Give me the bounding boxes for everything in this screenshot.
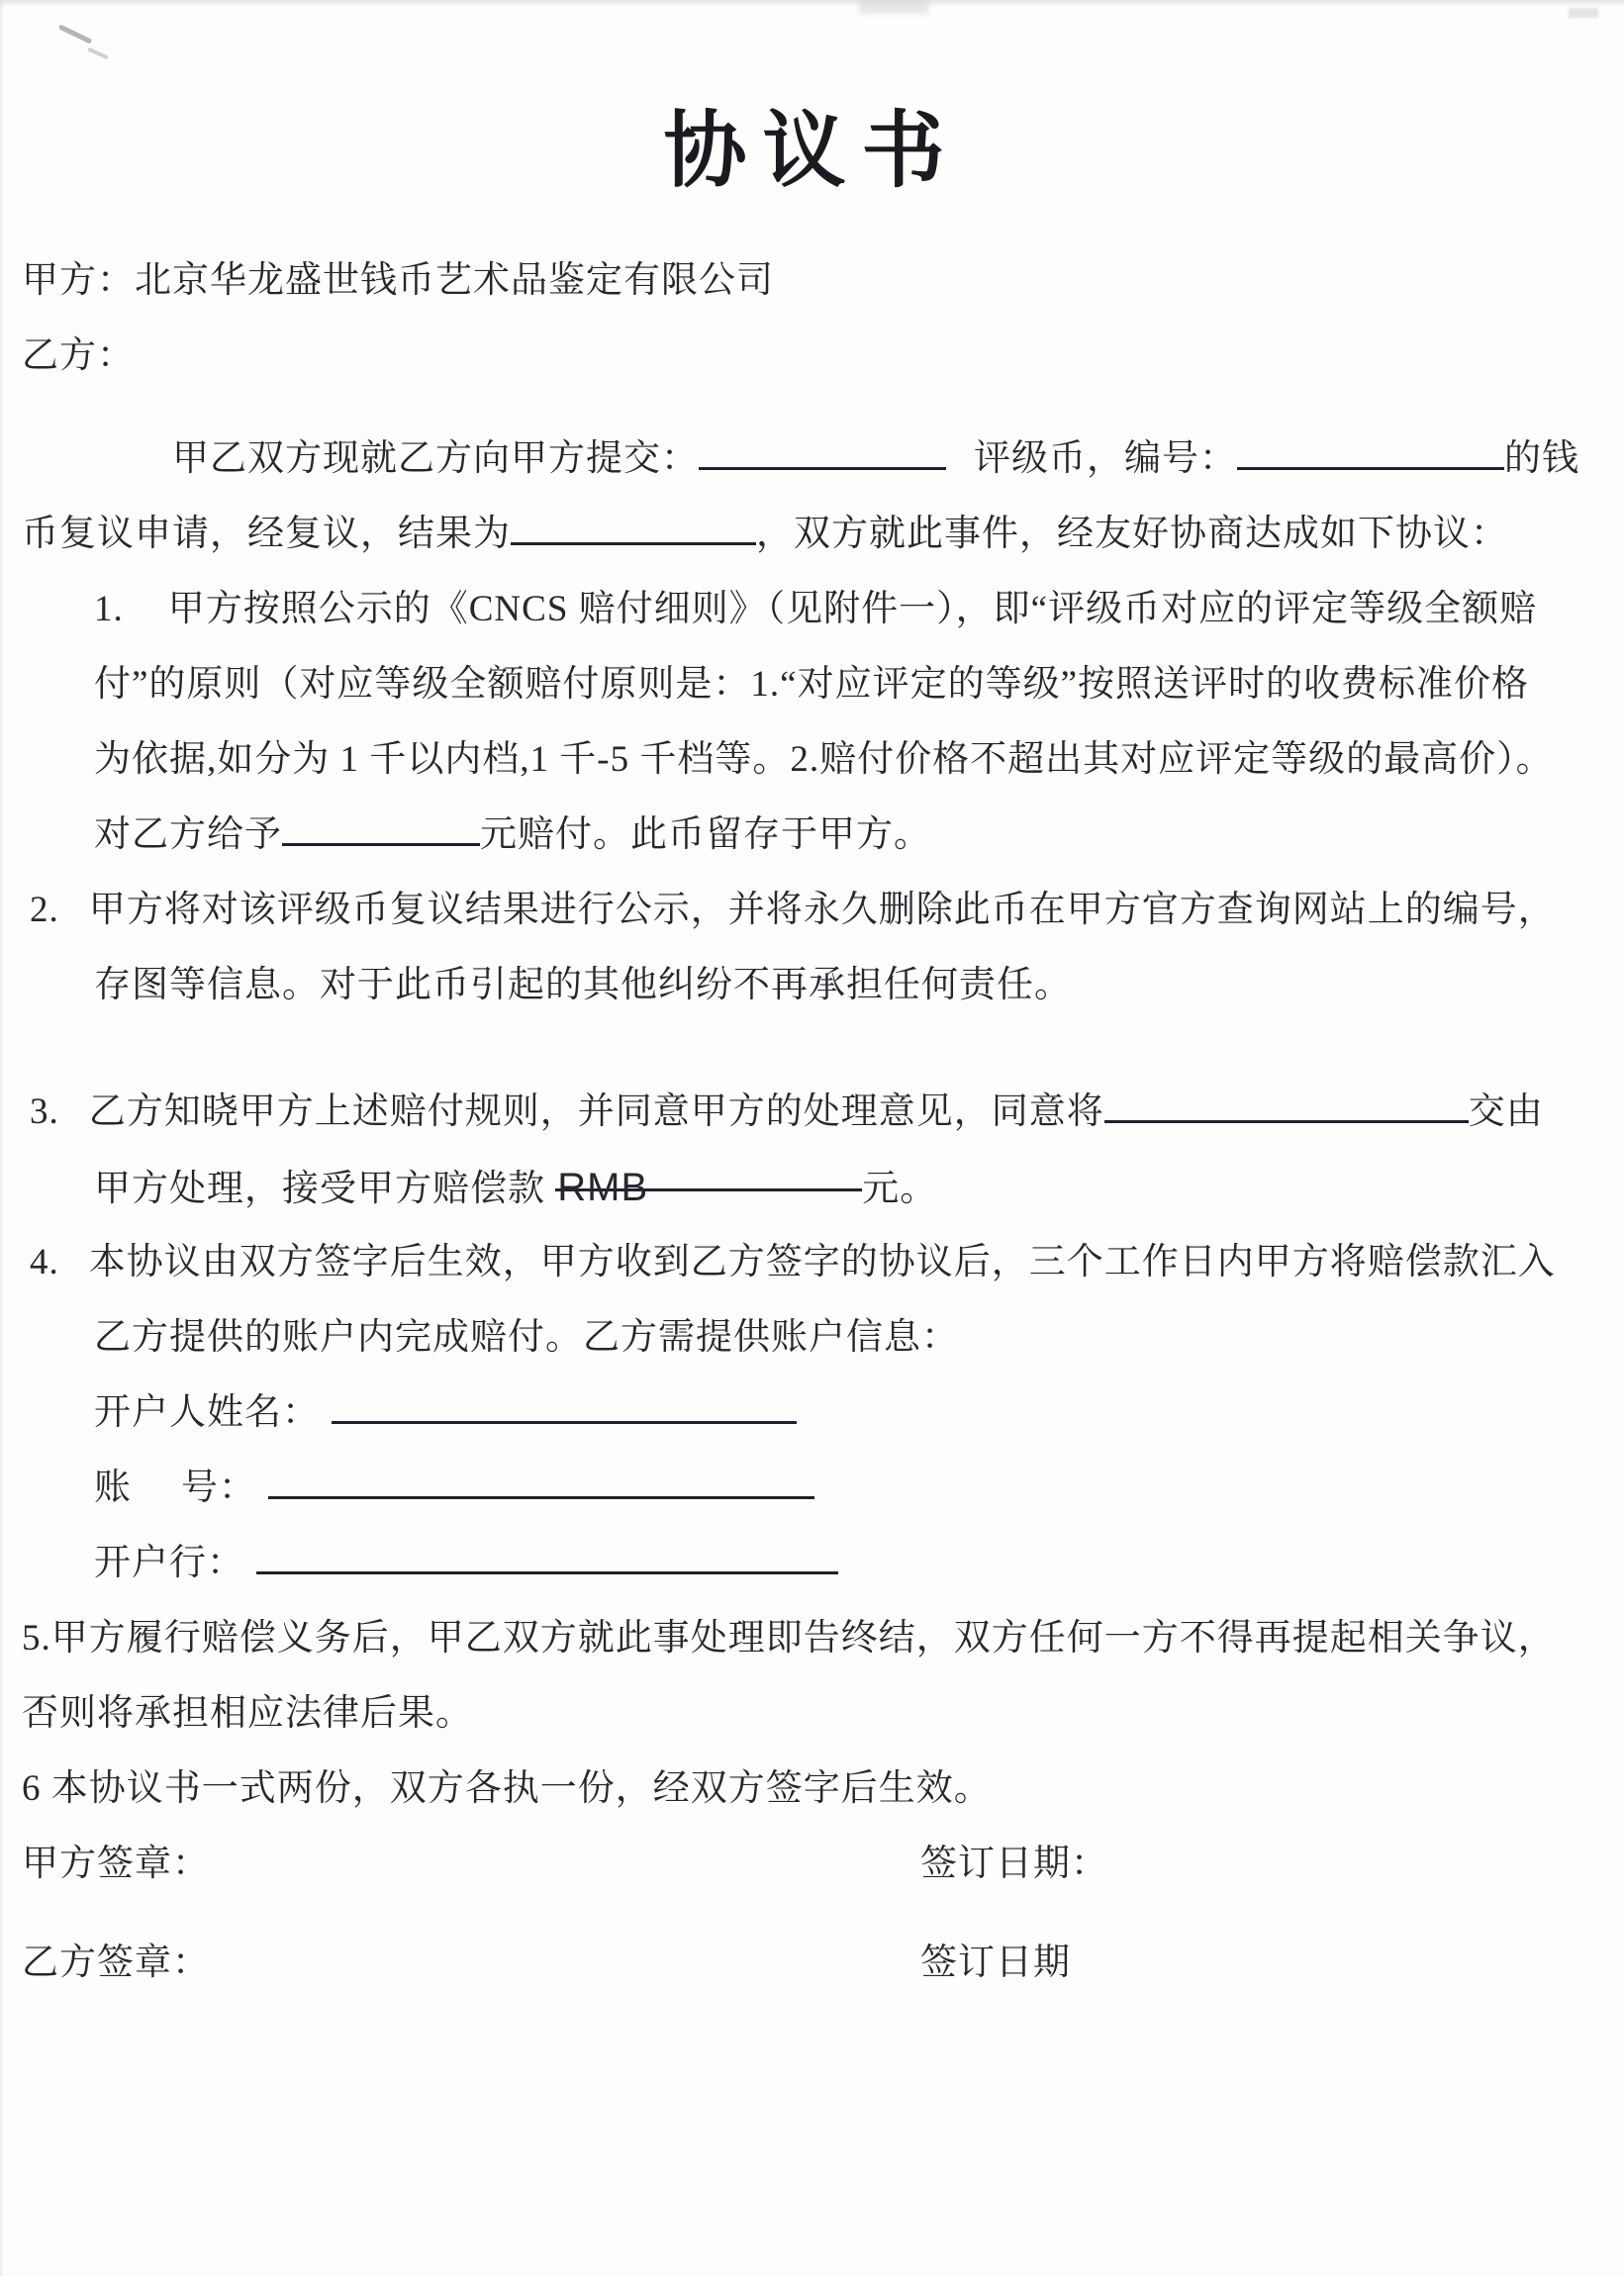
spacer: [320, 1423, 332, 1424]
clause-3-line-2: 甲方处理，接受甲方赔偿款 RMB元。: [22, 1150, 1602, 1225]
text-run: 甲方将对该评级币复议结果进行公示，并将永久删除此币在甲方官方查询网站上的编号，: [89, 890, 1556, 930]
spacer: [256, 1498, 268, 1499]
compensation-amount-blank: [282, 807, 480, 846]
text-run: 元赔付。此币留存于甲方。: [480, 814, 931, 855]
clause-2-line-1: 2.甲方将对该评级币复议结果进行公示，并将永久删除此币在甲方官方查询网站上的编号…: [22, 873, 1602, 948]
spacer: [59, 1273, 89, 1274]
clause-1-line-2: 付”的原则（对应等级全额赔付原则是：1.“对应评定的等级”按照送评时的收费标准价…: [22, 647, 1602, 722]
party-a-date-label: 签订日期：: [920, 1844, 1108, 1884]
clause-3-number: 3.: [30, 1091, 59, 1132]
spacer: [59, 1122, 89, 1123]
text-run: 付”的原则（对应等级全额赔付原则是：1.“对应评定的等级”按照送评时的收费标准价…: [94, 664, 1529, 705]
text-run: 为依据,如分为 1 千以内档,1 千-5 千档等。2.赔付价格不超出其对应评定等…: [94, 739, 1554, 780]
scanned-agreement-page: 协议书 甲方：北京华龙盛世钱币艺术品鉴定有限公司乙方：甲乙双方现就乙方向甲方提交…: [0, 0, 1624, 2276]
party-b-line: 乙方：: [22, 319, 1602, 394]
text-run: 甲乙双方现就乙方向甲方提交：: [172, 438, 699, 479]
text-run: 号：: [181, 1468, 256, 1508]
party-a-text: 甲方：北京华龙盛世钱币艺术品鉴定有限公司: [22, 260, 774, 301]
account-number-label: 账: [94, 1468, 132, 1508]
clause-2-line-2: 存图等信息。对于此币引起的其他纠纷不再承担任何责任。: [22, 948, 1602, 1023]
party-a-signature-row: 甲方签章：签订日期：: [22, 1827, 1602, 1902]
spacer: [132, 1498, 181, 1499]
party-b-date-label: 签订日期: [920, 1943, 1071, 1983]
clause-1-line-1: 1.甲方按照公示的《CNCS 赔付细则》（见附件一），即“评级币对应的评定等级全…: [22, 572, 1602, 647]
clause-4-line-1: 4.本协议由双方签字后生效，甲方收到乙方签字的协议后，三个工作日内甲方将赔偿款汇…: [22, 1225, 1602, 1300]
coin-number-blank: [1237, 431, 1504, 470]
text-run: 否则将承担相应法律后果。: [22, 1693, 473, 1734]
spacer: [59, 920, 89, 921]
coin-name-blank: [699, 431, 946, 470]
clause-1-line-4: 对乙方给予元赔付。此币留存于甲方。: [22, 798, 1602, 873]
spacer: [124, 619, 168, 620]
text-run: 交由: [1469, 1091, 1544, 1132]
clause-1-line-3: 为依据,如分为 1 千以内档,1 千-5 千档等。2.赔付价格不超出其对应评定等…: [22, 722, 1602, 798]
spacer: [946, 469, 974, 470]
text-run: 元。: [862, 1169, 937, 1209]
text-run: 对乙方给予: [94, 814, 282, 855]
scan-artifact: [859, 0, 928, 14]
party-a-signature-label: 甲方签章：: [22, 1844, 210, 1884]
intro-line-1: 甲乙双方现就乙方向甲方提交：评级币，编号：的钱: [22, 422, 1602, 497]
text-run: 的钱: [1504, 438, 1579, 479]
spacer: [244, 1573, 256, 1574]
text-run: 本协议由双方签字后生效，甲方收到乙方签字的协议后，三个工作日内甲方将赔偿款汇入: [89, 1242, 1556, 1282]
scan-artifact: [1569, 8, 1598, 18]
text-run: 乙方提供的账户内完成赔付。乙方需提供账户信息：: [94, 1317, 959, 1358]
rmb-amount-blank: RMB: [555, 1150, 862, 1191]
clause-4-line-2: 乙方提供的账户内完成赔付。乙方需提供账户信息：: [22, 1300, 1602, 1375]
clause-1-number: 1.: [94, 589, 124, 629]
document-body: 甲方：北京华龙盛世钱币艺术品鉴定有限公司乙方：甲乙双方现就乙方向甲方提交：评级币…: [22, 243, 1602, 2001]
spacer: [210, 1874, 920, 1875]
bank-name-blank: [256, 1536, 838, 1574]
text-run: 6 本协议书一式两份，双方各执一份，经双方签字后生效。: [22, 1768, 992, 1809]
account-holder-line: 开户人姓名：: [22, 1375, 1602, 1451]
bank-name-line: 开户行：: [22, 1526, 1602, 1601]
text-run: 存图等信息。对于此币引起的其他纠纷不再承担任何责任。: [94, 965, 1072, 1005]
text-run: ，双方就此事件，经友好协商达成如下协议：: [756, 514, 1508, 554]
text-run: 币复议申请，经复议，结果为: [22, 514, 511, 554]
account-number-blank: [268, 1461, 814, 1499]
clause-6-line: 6 本协议书一式两份，双方各执一份，经双方签字后生效。: [22, 1752, 1602, 1827]
clause-5-line-2: 否则将承担相应法律后果。: [22, 1676, 1602, 1752]
scan-edge-shade-left: [0, 0, 4, 2276]
party-b-signature-label: 乙方签章：: [22, 1943, 210, 1983]
party-b-signature-row: 乙方签章：签订日期: [22, 1926, 1602, 2001]
party-b-text: 乙方：: [22, 335, 135, 376]
text-run: 5.甲方履行赔偿义务后，甲乙双方就此事处理即告终结，双方任何一方不得再提起相关争…: [22, 1618, 1556, 1659]
bank-name-label: 开户行：: [94, 1543, 244, 1583]
spacer: [210, 1973, 920, 1974]
clause-5-line-1: 5.甲方履行赔偿义务后，甲乙双方就此事处理即告终结，双方任何一方不得再提起相关争…: [22, 1601, 1602, 1676]
item-handover-blank: [1104, 1085, 1469, 1123]
text-run: 乙方知晓甲方上述赔付规则，并同意甲方的处理意见，同意将: [89, 1091, 1104, 1132]
text-run: 甲方处理，接受甲方赔偿款: [94, 1169, 555, 1209]
text-run: 甲方按照公示的《CNCS 赔付细则》（见附件一），即“评级币对应的评定等级全额赔: [168, 589, 1537, 629]
account-holder-blank: [332, 1385, 797, 1424]
review-result-blank: [511, 507, 756, 545]
account-number-line: 账号：: [22, 1451, 1602, 1526]
document-title: 协议书: [22, 0, 1602, 216]
party-a-line: 甲方：北京华龙盛世钱币艺术品鉴定有限公司: [22, 243, 1602, 319]
intro-line-2: 币复议申请，经复议，结果为，双方就此事件，经友好协商达成如下协议：: [22, 497, 1602, 572]
clause-4-number: 4.: [30, 1242, 59, 1282]
account-holder-label: 开户人姓名：: [94, 1392, 320, 1433]
clause-3-line-1: 3.乙方知晓甲方上述赔付规则，并同意甲方的处理意见，同意将交由: [22, 1075, 1602, 1150]
clause-2-number: 2.: [30, 890, 59, 930]
text-run: 评级币，编号：: [974, 438, 1237, 479]
